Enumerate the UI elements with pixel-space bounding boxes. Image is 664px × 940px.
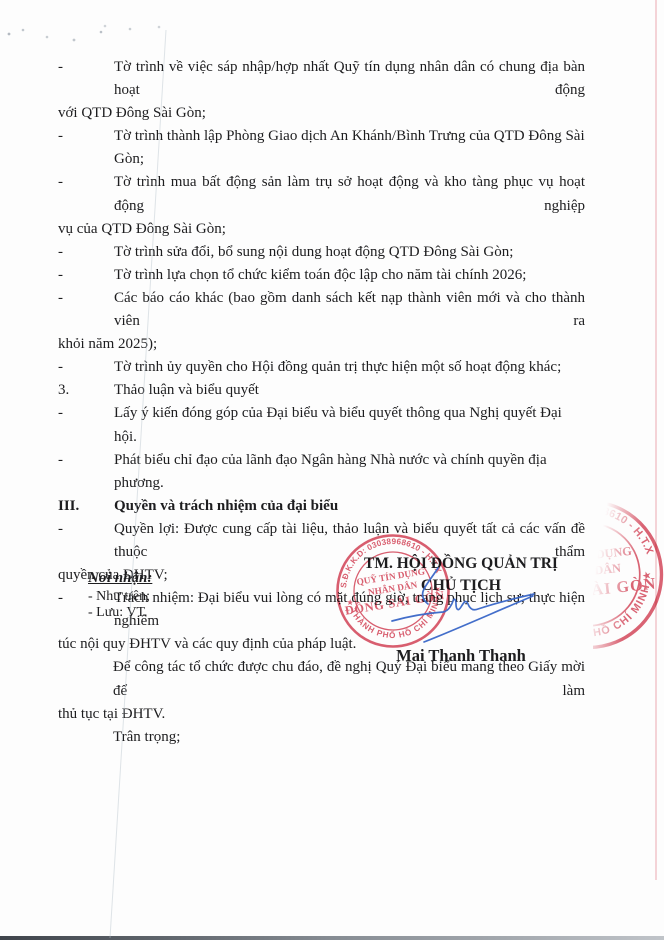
line-text: Tờ trình ủy quyền cho Hội đồng quản trị …: [114, 356, 585, 379]
line-text: Trân trọng;: [113, 726, 585, 749]
document-line: - Tờ trình mua bất động sản làm trụ sở h…: [58, 171, 585, 217]
line-text: khỏi năm 2025);: [58, 333, 585, 356]
line-text: Thảo luận và biểu quyết: [114, 379, 585, 402]
scan-edge-line: [655, 0, 657, 880]
document-line: III. Quyền và trách nhiệm của đại biểu: [58, 495, 585, 518]
line-text: Quyền và trách nhiệm của đại biểu: [114, 495, 585, 518]
document-line: - Tờ trình về việc sáp nhập/hợp nhất Quỹ…: [58, 56, 585, 102]
line-marker: -: [58, 287, 63, 310]
recipient-item: - Lưu: VT.: [88, 605, 152, 622]
recipients-block: Nơi nhận: - Như trên;- Lưu: VT.: [88, 570, 152, 622]
document-page: - Tờ trình về việc sáp nhập/hợp nhất Quỹ…: [0, 0, 664, 940]
document-line: thủ tục tại ĐHTV.: [58, 703, 585, 726]
red-seal-stamp: S.Đ.K.K.D: 03038968610 - H.T.X ★ THÀNH P…: [322, 520, 464, 662]
partial-red-seal-stamp: S.Đ.K.K.D: 03038968610 - H.T.X ★ THÀNH P…: [593, 474, 664, 674]
line-marker: -: [58, 171, 63, 194]
scan-bottom-edge: [0, 936, 664, 940]
document-line: - Các báo cáo khác (bao gồm danh sách kế…: [58, 287, 585, 333]
document-line: - Tờ trình sửa đổi, bổ sung nội dung hoạ…: [58, 241, 585, 264]
line-marker: III.: [58, 495, 79, 518]
line-marker: 3.: [58, 379, 69, 402]
document-line: - Tờ trình thành lập Phòng Giao dịch An …: [58, 125, 585, 171]
line-text: vụ của QTD Đông Sài Gòn;: [58, 218, 585, 241]
line-marker: -: [58, 449, 63, 472]
document-line: Trân trọng;: [58, 726, 585, 749]
document-line: 3. Thảo luận và biểu quyết: [58, 379, 585, 402]
line-text: Tờ trình về việc sáp nhập/hợp nhất Quỹ t…: [114, 56, 585, 102]
line-marker: -: [58, 264, 63, 287]
document-line: vụ của QTD Đông Sài Gòn;: [58, 218, 585, 241]
stamp-line3: ĐÔNG SÀI GÒN: [593, 574, 657, 607]
line-text: Tờ trình sửa đổi, bổ sung nội dung hoạt …: [114, 241, 585, 264]
line-text: Tờ trình lựa chọn tổ chức kiểm toán độc …: [114, 264, 585, 287]
document-line: - Phát biểu chỉ đạo của lãnh đạo Ngân hà…: [58, 449, 585, 495]
document-line: - Tờ trình lựa chọn tổ chức kiểm toán độ…: [58, 264, 585, 287]
document-line: - Tờ trình ủy quyền cho Hội đồng quản tr…: [58, 356, 585, 379]
line-text: Tờ trình mua bất động sản làm trụ sở hoạ…: [114, 171, 585, 217]
line-text: Tờ trình thành lập Phòng Giao dịch An Kh…: [114, 125, 585, 171]
document-line: khỏi năm 2025);: [58, 333, 585, 356]
document-line: - Lấy ý kiến đóng góp của Đại biểu và bi…: [58, 402, 585, 448]
line-marker: -: [58, 56, 63, 79]
line-marker: -: [58, 241, 63, 264]
line-marker: -: [58, 587, 63, 610]
line-text: Phát biểu chỉ đạo của lãnh đạo Ngân hàng…: [114, 449, 585, 495]
line-marker: -: [58, 125, 63, 148]
recipients-header: Nơi nhận:: [88, 570, 152, 587]
line-marker: -: [58, 518, 63, 541]
line-marker: -: [58, 356, 63, 379]
line-text: thủ tục tại ĐHTV.: [58, 703, 585, 726]
scan-speckles: [0, 0, 2, 2]
line-text: Các báo cáo khác (bao gồm danh sách kết …: [114, 287, 585, 333]
document-line: với QTD Đông Sài Gòn;: [58, 102, 585, 125]
line-text: Lấy ý kiến đóng góp của Đại biểu và biểu…: [114, 402, 585, 448]
line-text: với QTD Đông Sài Gòn;: [58, 102, 585, 125]
recipient-item: - Như trên;: [88, 589, 152, 606]
line-marker: -: [58, 402, 63, 425]
